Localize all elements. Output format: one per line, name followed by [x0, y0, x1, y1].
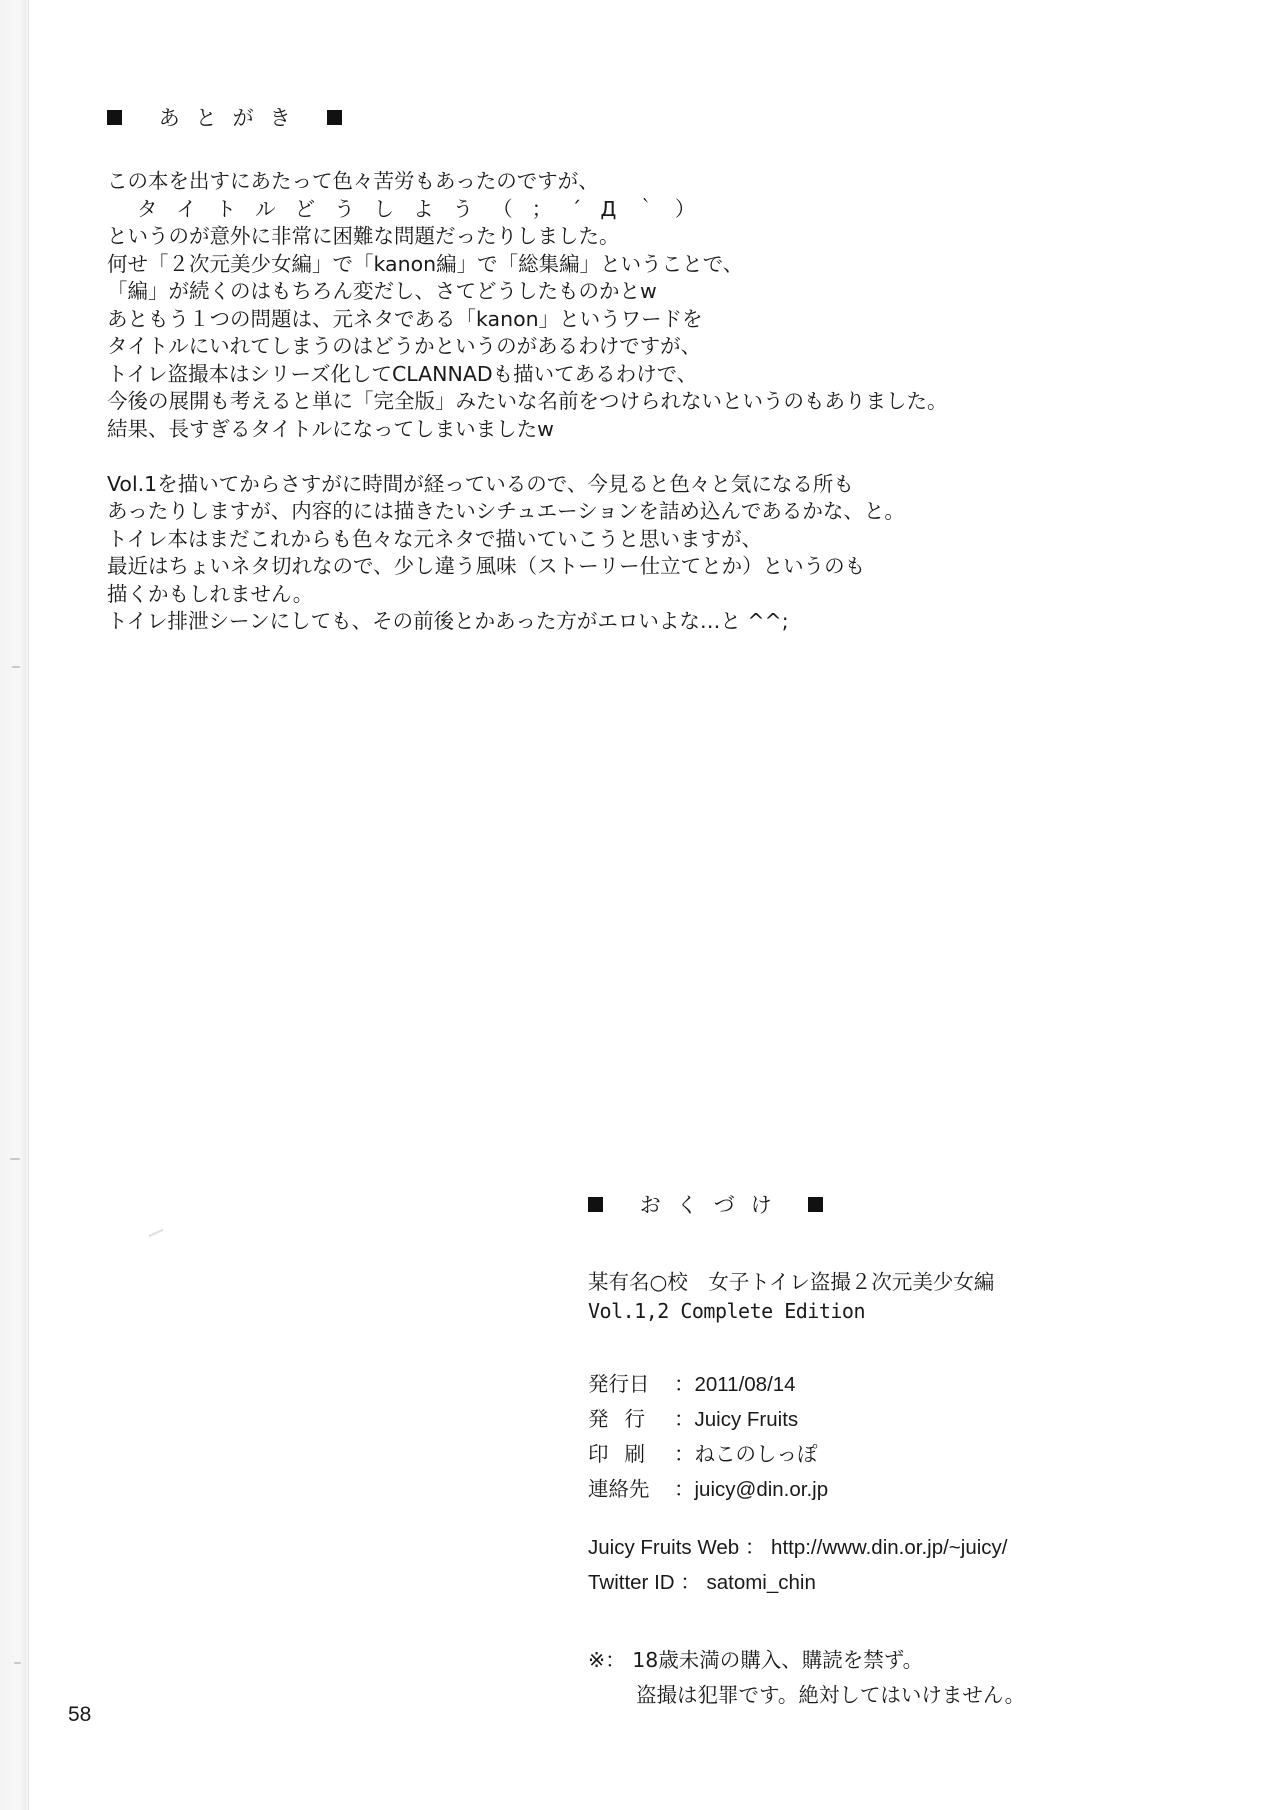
- web-label: Juicy Fruits Web: [588, 1536, 739, 1559]
- info-value: ねこのしっぽ: [695, 1442, 818, 1466]
- web-separator: ：: [745, 1536, 766, 1559]
- info-label: 発行日: [588, 1367, 674, 1402]
- afterword-heading-text: あとがき: [159, 106, 307, 130]
- contact-email: juicy@din.or.jp: [695, 1478, 829, 1501]
- afterword-line: 最近はちょいネタ切れなので、少し違う風味（ストーリー仕立てとか）というのも: [107, 553, 1067, 581]
- afterword-body: この本を出すにあたって色々苦労もあったのですが、 タイトルどうしよう（；´Д｀）…: [107, 168, 1067, 636]
- info-row-printer: 印刷：ねこのしっぽ: [588, 1437, 828, 1472]
- afterword-line: 何せ「２次元美少女編」で「kanon編」で「総集編」ということで、: [107, 251, 1067, 279]
- web-info: Juicy Fruits Web ： http://www.din.or.jp/…: [588, 1530, 1007, 1600]
- scan-speck: [12, 666, 20, 668]
- book-title-en: Vol.1,2 Complete Edition: [588, 1299, 865, 1323]
- afterword-line: この本を出すにあたって色々苦労もあったのですが、: [107, 168, 1067, 196]
- afterword-line: Vol.1を描いてからさすがに時間が経っているので、今見ると色々と気になる所も: [107, 471, 1067, 499]
- afterword-line: タイトルどうしよう（；´Д｀）: [107, 196, 1067, 224]
- afterword-section: あとがき この本を出すにあたって色々苦労もあったのですが、 タイトルどうしよう（…: [107, 108, 342, 129]
- info-value: Juicy Fruits: [695, 1408, 799, 1431]
- afterword-line: 描くかもしれません。: [107, 581, 1067, 609]
- info-row-contact: 連絡先：juicy@din.or.jp: [588, 1472, 828, 1507]
- legal-notice: ※： 18歳未満の購入、購読を禁ず。 盗撮は犯罪です。絶対してはいけません。: [588, 1643, 1025, 1713]
- twitter-id: satomi_chin: [706, 1571, 815, 1594]
- info-row-issue-date: 発行日：2011/08/14: [588, 1367, 828, 1402]
- scan-speck: [10, 1158, 20, 1160]
- afterword-line: 「編」が続くのはもちろん変だし、さてどうしたものかとw: [107, 278, 1067, 306]
- afterword-line: タイトルにいれてしまうのはどうかというのがあるわけですが、: [107, 333, 1067, 361]
- afterword-line: というのが意外に非常に困難な問題だったりしました。: [107, 223, 1067, 251]
- black-square-icon: [327, 110, 342, 125]
- colophon-heading-text: おくづけ: [640, 1193, 788, 1217]
- web-row-twitter: Twitter ID ： satomi_chin: [588, 1565, 1007, 1600]
- website-url: http://www.din.or.jp/~juicy/: [771, 1536, 1007, 1559]
- info-label: 発行: [588, 1402, 674, 1437]
- black-square-icon: [107, 110, 122, 125]
- black-square-icon: [808, 1197, 823, 1212]
- notice-line-2: 盗撮は犯罪です。絶対してはいけません。: [588, 1678, 1025, 1713]
- info-separator: ：: [674, 1442, 695, 1466]
- info-label: 連絡先: [588, 1472, 674, 1507]
- colophon-heading: おくづけ: [588, 1195, 823, 1216]
- page-number: 58: [68, 1703, 91, 1727]
- info-separator: ：: [674, 1372, 695, 1396]
- info-row-publisher: 発行：Juicy Fruits: [588, 1402, 828, 1437]
- scan-speck: [14, 1662, 21, 1664]
- afterword-line: あったりしますが、内容的には描きたいシチュエーションを詰め込んであるかな、と。: [107, 498, 1067, 526]
- reference-mark-icon: ※：: [588, 1648, 626, 1672]
- info-label: 印刷: [588, 1437, 674, 1472]
- notice-line-1: ※： 18歳未満の購入、購読を禁ず。: [588, 1643, 1025, 1678]
- web-separator: ：: [680, 1571, 701, 1594]
- colophon-section: おくづけ 某有名○校 女子トイレ盗撮２次元美少女編 Vol.1,2 Comple…: [588, 1195, 823, 1216]
- scan-speck: [148, 1229, 163, 1238]
- afterword-line: あともう１つの問題は、元ネタである「kanon」というワードを: [107, 306, 1067, 334]
- afterword-line: 結果、長すぎるタイトルになってしまいましたw: [107, 416, 1067, 444]
- afterword-line: トイレ盗撮本はシリーズ化してCLANNADも描いてあるわけで、: [107, 361, 1067, 389]
- book-title-ja: 某有名○校 女子トイレ盗撮２次元美少女編: [588, 1265, 994, 1295]
- info-separator: ：: [674, 1477, 695, 1501]
- afterword-blank-line: [107, 443, 1067, 471]
- info-value: 2011/08/14: [695, 1373, 796, 1396]
- afterword-heading: あとがき: [107, 108, 342, 129]
- paper-edge: [0, 0, 29, 1810]
- black-square-icon: [588, 1197, 603, 1212]
- afterword-line: トイレ排泄シーンにしても、その前後とかあった方がエロいよな…と ^^;: [107, 608, 1067, 636]
- age-restriction-text: 18歳未満の購入、購読を禁ず。: [632, 1648, 923, 1672]
- publication-info: 発行日：2011/08/14 発行：Juicy Fruits 印刷：ねこのしっぽ…: [588, 1367, 828, 1507]
- afterword-line: 今後の展開も考えると単に「完全版」みたいな名前をつけられないというのもありました…: [107, 388, 1067, 416]
- web-label: Twitter ID: [588, 1571, 675, 1594]
- info-separator: ：: [674, 1407, 695, 1431]
- web-row-site: Juicy Fruits Web ： http://www.din.or.jp/…: [588, 1530, 1007, 1565]
- afterword-line: トイレ本はまだこれからも色々な元ネタで描いていこうと思いますが、: [107, 526, 1067, 554]
